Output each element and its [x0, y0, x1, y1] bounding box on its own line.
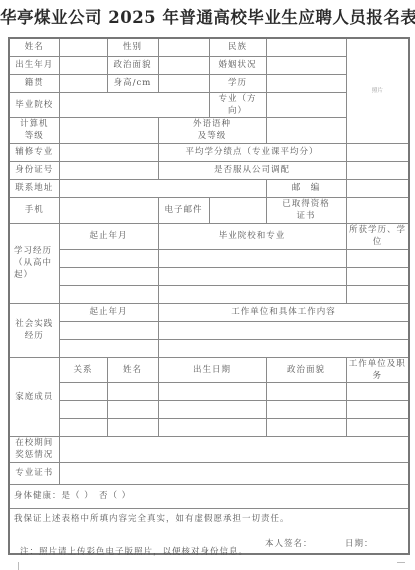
- id-label: 身份证号: [9, 161, 59, 179]
- family-header-name: 姓名: [107, 357, 158, 382]
- postcode-field[interactable]: [346, 179, 409, 197]
- address-label: 联系地址: [9, 179, 59, 197]
- height-field[interactable]: [158, 74, 209, 92]
- ethnicity-label: 民族: [209, 38, 266, 56]
- family-relation-field[interactable]: [59, 418, 107, 436]
- study-row: [9, 267, 409, 285]
- study-period-field[interactable]: [59, 249, 158, 267]
- email-label: 电子邮件: [158, 197, 209, 223]
- ethnicity-field[interactable]: [266, 38, 346, 56]
- family-birth-field[interactable]: [158, 400, 266, 418]
- postcode-label: 邮 编: [266, 179, 346, 197]
- photo-cell[interactable]: 照片: [346, 38, 409, 143]
- study-section-label: 学习经历（从高中起）: [9, 223, 59, 303]
- study-header-degree: 所获学历、学位: [346, 223, 409, 249]
- obey-field[interactable]: [346, 161, 409, 179]
- family-header-work: 工作单位及职务: [346, 357, 409, 382]
- family-header-relation: 关系: [59, 357, 107, 382]
- school-label: 毕业院校: [9, 92, 59, 117]
- certificates-field[interactable]: [59, 462, 409, 484]
- date-label[interactable]: 日期：: [345, 538, 374, 550]
- family-work-field[interactable]: [346, 418, 409, 436]
- family-political-field[interactable]: [266, 382, 346, 400]
- practice-header-work: 工作单位和具体工作内容: [158, 303, 409, 321]
- signature-label[interactable]: 本人签名：: [265, 538, 313, 550]
- political-label: 政治面貌: [107, 56, 158, 74]
- study-row: [9, 285, 409, 303]
- family-birth-field[interactable]: [158, 382, 266, 400]
- computer-level-label: 计算机等级: [9, 117, 59, 143]
- study-header-school: 毕业院校和专业: [158, 223, 346, 249]
- form-title: 华亭煤业公司 2025 年普通高校毕业生应聘人员报名表: [0, 4, 415, 28]
- major-field[interactable]: [266, 92, 346, 117]
- family-row: [9, 382, 409, 400]
- birth-label: 出生年月: [9, 56, 59, 74]
- family-header-political: 政治面貌: [266, 357, 346, 382]
- declaration-text: 我保证上述表格中所填内容完全真实，如有虚假愿承担一切责任。: [14, 513, 290, 525]
- obey-label: 是否服从公司调配: [158, 161, 346, 179]
- family-name-field[interactable]: [107, 400, 158, 418]
- page-corner-mark: [18, 562, 19, 570]
- footnote: 注：照片请上传彩色电子版照片，以便核对身份信息。: [20, 545, 248, 557]
- birth-field[interactable]: [59, 56, 107, 74]
- id-field[interactable]: [59, 161, 158, 179]
- awards-label: 在校期间奖惩情况: [9, 436, 59, 462]
- certificate-field[interactable]: [346, 197, 409, 223]
- family-row: [9, 400, 409, 418]
- study-degree-field[interactable]: [346, 249, 409, 267]
- study-period-field[interactable]: [59, 267, 158, 285]
- minor-label: 辅修专业: [9, 143, 59, 161]
- study-degree-field[interactable]: [346, 267, 409, 285]
- family-row: [9, 418, 409, 436]
- computer-level-field[interactable]: [59, 117, 158, 143]
- marital-label: 婚姻状况: [209, 56, 266, 74]
- email-field[interactable]: [209, 197, 266, 223]
- height-label: 身高/cm: [107, 74, 158, 92]
- phone-field[interactable]: [59, 197, 158, 223]
- name-label: 姓名: [9, 38, 59, 56]
- marital-field[interactable]: [266, 56, 346, 74]
- page-corner-mark: [397, 562, 405, 563]
- origin-field[interactable]: [59, 74, 107, 92]
- practice-row: [9, 321, 409, 339]
- origin-label: 籍贯: [9, 74, 59, 92]
- study-school-field[interactable]: [158, 267, 346, 285]
- major-label: 专业（方向）: [209, 92, 266, 117]
- practice-period-field[interactable]: [59, 339, 158, 357]
- practice-header-period: 起止年月: [59, 303, 158, 321]
- practice-work-field[interactable]: [158, 321, 409, 339]
- name-field[interactable]: [59, 38, 107, 56]
- study-school-field[interactable]: [158, 285, 346, 303]
- family-section-label: 家庭成员: [9, 357, 59, 436]
- practice-row: [9, 339, 409, 357]
- study-header-period: 起止年月: [59, 223, 158, 249]
- awards-field[interactable]: [59, 436, 409, 462]
- family-birth-field[interactable]: [158, 418, 266, 436]
- family-political-field[interactable]: [266, 418, 346, 436]
- address-field[interactable]: [59, 179, 266, 197]
- family-name-field[interactable]: [107, 382, 158, 400]
- gpa-field[interactable]: [346, 143, 409, 161]
- political-field[interactable]: [158, 56, 209, 74]
- health-row[interactable]: 身体健康：是（ ） 否（ ）: [9, 484, 409, 508]
- family-header-birth: 出生日期: [158, 357, 266, 382]
- study-row: [9, 249, 409, 267]
- family-relation-field[interactable]: [59, 400, 107, 418]
- gender-field[interactable]: [158, 38, 209, 56]
- study-period-field[interactable]: [59, 285, 158, 303]
- education-field[interactable]: [266, 74, 346, 92]
- gpa-label: 平均学分绩点（专业课平均分）: [158, 143, 346, 161]
- family-political-field[interactable]: [266, 400, 346, 418]
- application-form-table: 姓名 性别 民族 照片 出生年月 政治面貌 婚姻状况 籍贯 身高/cm 学历 毕…: [8, 37, 410, 555]
- practice-work-field[interactable]: [158, 339, 409, 357]
- family-relation-field[interactable]: [59, 382, 107, 400]
- school-field[interactable]: [59, 92, 209, 117]
- photo-label: 照片: [372, 88, 383, 94]
- certificate-label: 已取得资格证书: [266, 197, 346, 223]
- language-field[interactable]: [266, 117, 346, 143]
- family-name-field[interactable]: [107, 418, 158, 436]
- certificates-label: 专业证书: [9, 462, 59, 484]
- family-work-field[interactable]: [346, 400, 409, 418]
- family-work-field[interactable]: [346, 382, 409, 400]
- study-degree-field[interactable]: [346, 285, 409, 303]
- minor-field[interactable]: [59, 143, 158, 161]
- study-school-field[interactable]: [158, 249, 346, 267]
- practice-period-field[interactable]: [59, 321, 158, 339]
- education-label: 学历: [209, 74, 266, 92]
- practice-section-label: 社会实践经历: [9, 303, 59, 357]
- language-label: 外语语种及等级: [158, 117, 266, 143]
- phone-label: 手机: [9, 197, 59, 223]
- gender-label: 性别: [107, 38, 158, 56]
